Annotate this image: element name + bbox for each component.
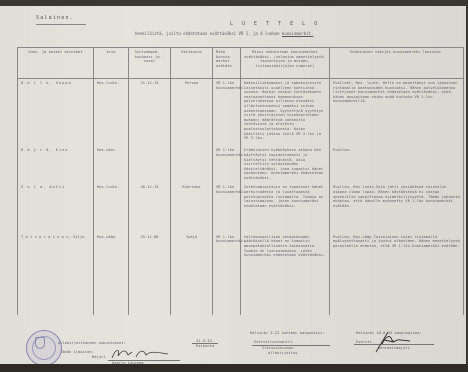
cell-home: Ypäjä	[171, 233, 213, 315]
cell-proposer: Puollan, Res.vääp.Toivolainen toimi rint…	[330, 233, 464, 315]
table-row: S o l a, Antti Res.luutn. 30.12.13 Kuort…	[18, 183, 464, 232]
subtitle-underlined: kunniamerkit.	[282, 31, 313, 36]
cell-proposer: Puollan.	[330, 146, 464, 183]
persons-table: Suku- ja kaikki etunimet Arvo Syntymäpvä…	[17, 47, 464, 315]
col-header-rank: Arvo	[94, 48, 129, 79]
footer-left-label: Allekirjoittaneen vakuutukset:	[58, 341, 126, 346]
footer-left-rank: Majuri	[92, 355, 106, 360]
cell-birth	[129, 146, 171, 183]
cell-rank: Res.vänr.	[94, 146, 129, 183]
col-header-name: Suku- ja kaikki etunimet	[18, 48, 94, 79]
cell-rank: Res.luutn.	[94, 79, 129, 147]
document-page: Salainen. L U E T T E L O henkilöistä, j…	[0, 6, 466, 364]
cell-medal: VR 1.lkn kunniamerkki.	[213, 183, 241, 232]
footer-center-label: Helsinki 5.22 kohteen kaupunkisi:	[250, 331, 325, 336]
signature-left	[110, 346, 170, 360]
cell-proposer: Puolleen, Res. luutn. Helle on menettäny…	[330, 79, 464, 147]
cell-birth: 31.12.13	[129, 79, 171, 147]
cell-home	[171, 146, 213, 183]
subtitle-text: henkilöistä, joilta ehdotetaan evättäväk…	[135, 31, 282, 36]
footer-center-rank: Everstiluutnantti	[254, 340, 292, 345]
cell-medal: VR 1.lkn kunniamerkki.	[213, 233, 241, 315]
table-row: H e l l e, Seppo Res.luutn. 31.12.13 Por…	[18, 79, 464, 147]
col-header-birth: Syntymäpvä, -kuukausi ja -vuosi	[129, 48, 171, 79]
scan-bottom-edge	[0, 364, 468, 372]
cell-medal: VR 1.lkn kunniamerkki.	[213, 79, 241, 147]
footer-center-line1: Yleisesikunnan	[262, 346, 294, 351]
cell-medal: VR 1.lkn kunniamerkki.	[213, 146, 241, 183]
signature-right	[372, 330, 412, 354]
cell-rank: Res.vääp.	[94, 233, 129, 315]
col-header-home: Kotikunta	[171, 48, 213, 79]
col-header-medal: Mikä kunnia-merkki evätään	[213, 48, 241, 79]
official-stamp	[26, 330, 62, 366]
coat-of-arms-icon	[35, 337, 45, 349]
cell-birth: 25.11.08	[129, 233, 171, 315]
cell-name: K ä y r ä, Eino	[18, 146, 94, 183]
footer-mid-sub: Esikunta	[196, 344, 214, 349]
cell-reason: Eräänlaisen hyökkäyksen aikana hän käytt…	[241, 146, 330, 183]
col-header-proposer: Ehdotuksen tekijän kunniamerkki lausunto…	[330, 48, 464, 79]
cell-reason: Sotatuomioistuin on tuominnut hänet kark…	[241, 183, 330, 232]
cell-rank: Res.luutn.	[94, 183, 129, 232]
table-row: T o i v o l a i n e n, Viljo Res.vääp. 2…	[18, 233, 464, 315]
table-header-row: Suku- ja kaikki etunimet Arvo Syntymäpvä…	[18, 48, 464, 79]
cell-reason: Kaksoiliikkumaksi ja sabotoinnista laina…	[241, 79, 330, 147]
cell-reason: Valtakunnallisen sotaoikeuden päätöksell…	[241, 233, 330, 315]
cell-name: S o l a, Antti	[18, 183, 94, 232]
classification-label: Salainen.	[36, 15, 74, 21]
classification-underline	[36, 24, 86, 25]
table-row: K ä y r ä, Eino Res.vänr. VR 1.lkn kunni…	[18, 146, 464, 183]
cell-name: H e l l e, Seppo	[18, 79, 94, 147]
cell-home: Porvoo	[171, 79, 213, 147]
footer-left-sub: Tämän ilmoitan:	[60, 350, 94, 355]
cell-proposer: Puollan, Res.luutn.Sola jätti yksikkönsä…	[330, 183, 464, 232]
document-subtitle: henkilöistä, joilta ehdotetaan evättäväk…	[135, 31, 313, 36]
col-header-reason: Miksi ehdotetaan kunniamerkki evättäväks…	[241, 48, 330, 79]
cell-home: Kuortane	[171, 183, 213, 232]
cell-birth: 30.12.13	[129, 183, 171, 232]
footer-center-line2: allekirjoitus.	[268, 351, 300, 356]
footer-left-signature-line	[108, 360, 180, 361]
cell-name: T o i v o l a i n e n, Viljo	[18, 233, 94, 315]
document-title: L U E T T E L O	[230, 21, 320, 27]
